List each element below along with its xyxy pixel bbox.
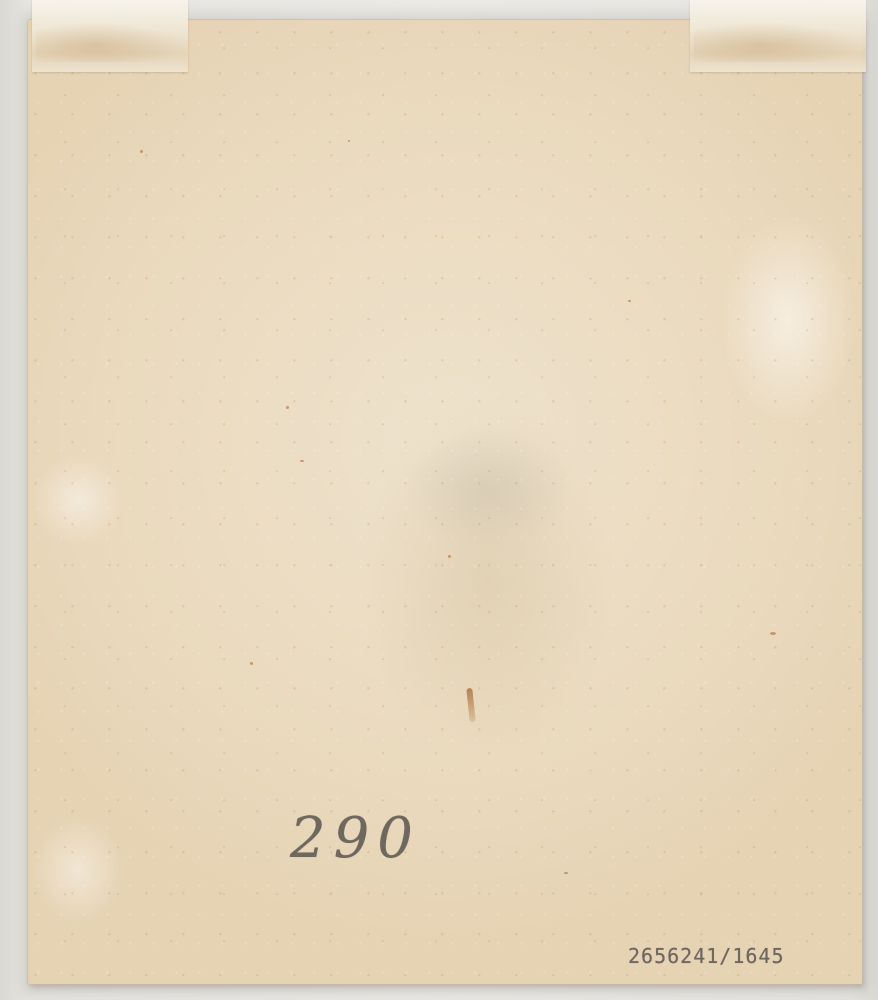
pencil-annotation-number: 290 xyxy=(290,806,421,871)
foxing-speck xyxy=(348,140,350,142)
paper-sheet xyxy=(28,20,862,984)
foxing-speck xyxy=(286,406,289,409)
hinge-tape-right xyxy=(690,0,866,72)
foxing-speck xyxy=(300,460,304,462)
foxing-speck xyxy=(250,662,253,665)
hinge-tape-left xyxy=(32,0,188,72)
pencil-inventory-number: 2656241/1645 xyxy=(628,944,785,968)
foxing-speck xyxy=(448,555,451,558)
foxing-speck xyxy=(564,872,568,874)
foxing-speck xyxy=(628,300,631,302)
foxing-stain xyxy=(466,688,476,722)
foxing-speck xyxy=(770,632,776,635)
foxing-speck xyxy=(140,150,143,153)
